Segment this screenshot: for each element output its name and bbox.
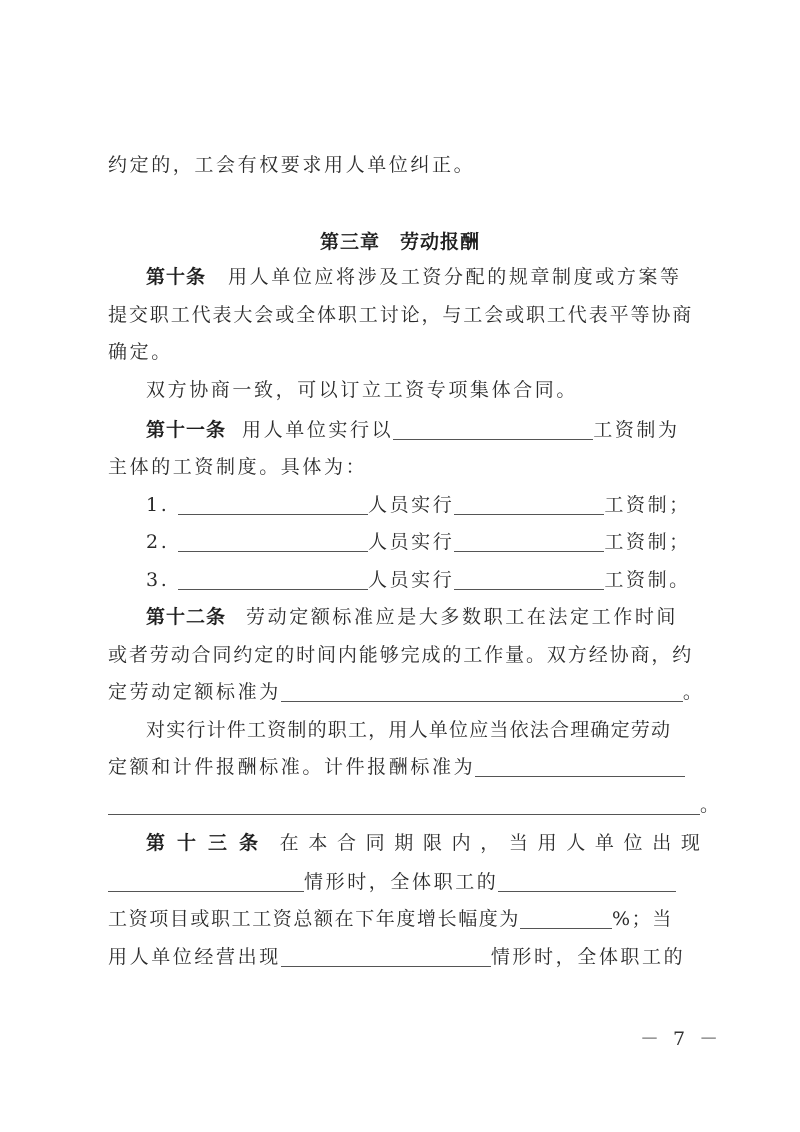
item-1-staff-blank[interactable] <box>178 494 368 515</box>
situation-blank-1[interactable] <box>108 871 304 892</box>
article-12-para-2-line-2: 定额和计件报酬标准。计件报酬标准为 <box>108 754 700 780</box>
article-11-item-3: 3. 人员实行工资制。 <box>146 567 700 593</box>
article-12-line-2: 或者劳动合同约定的时间内能够完成的工作量。双方经协商，约 <box>108 642 700 668</box>
article-13-label: 第十三条 <box>146 830 270 856</box>
page-number: － 7 － <box>640 1024 722 1051</box>
article-10-para-2: 双方协商一致，可以订立工资专项集体合同。 <box>146 377 700 403</box>
article-11-label: 第十一条 <box>146 419 226 441</box>
article-11-item-2: 2. 人员实行工资制； <box>146 529 700 555</box>
piece-rate-blank-2[interactable] <box>108 794 700 815</box>
article-12-para-2-line-1: 对实行计件工资制的职工，用人单位应当依法合理确定劳动 <box>146 717 700 743</box>
article-10-line-2: 提交职工代表大会或全体职工讨论，与工会或职工代表平等协商 <box>108 302 700 328</box>
piece-rate-blank-1[interactable] <box>475 756 685 777</box>
chapter-title: 第三章 劳动报酬 <box>0 227 800 254</box>
wage-system-blank[interactable] <box>393 419 593 440</box>
article-13-line-2: 情形时，全体职工的 <box>108 869 700 895</box>
article-13-line-4: 用人单位经营出现情形时，全体职工的 <box>108 944 700 970</box>
wage-item-blank[interactable] <box>498 871 676 892</box>
article-10-line-3: 确定。 <box>108 339 700 365</box>
article-12-line-3: 定劳动定额标准为。 <box>108 679 700 705</box>
growth-rate-blank[interactable] <box>520 908 612 929</box>
continuation-text: 约定的，工会有权要求用人单位纠正。 <box>108 152 700 178</box>
item-3-wage-blank[interactable] <box>454 569 604 590</box>
labor-quota-blank[interactable] <box>281 681 683 702</box>
item-2-wage-blank[interactable] <box>454 531 604 552</box>
article-10-line-1: 第十条用人单位应将涉及工资分配的规章制度或方案等 <box>146 264 700 290</box>
article-12-label: 第十二条 <box>146 606 226 628</box>
item-3-staff-blank[interactable] <box>178 569 368 590</box>
article-12-line-1: 第十二条劳动定额标准应是大多数职工在法定工作时间 <box>146 604 700 630</box>
article-10-label: 第十条 <box>146 266 206 288</box>
article-13-line-3: 工资项目或职工工资总额在下年度增长幅度为%；当 <box>108 906 700 932</box>
article-12-para-2-line-3: 。 <box>108 792 700 818</box>
article-11-item-1: 1. 人员实行工资制； <box>146 492 700 518</box>
situation-blank-2[interactable] <box>281 946 491 967</box>
article-13-line-1: 第十三条 在 本 合 同 期 限 内 ， 当 用 人 单 位 出 现 <box>146 830 700 856</box>
article-11-line-1: 第十一条用人单位实行以工资制为 <box>146 417 700 443</box>
item-2-staff-blank[interactable] <box>178 531 368 552</box>
article-11-line-2: 主体的工资制度。具体为： <box>108 454 700 480</box>
item-1-wage-blank[interactable] <box>454 494 604 515</box>
